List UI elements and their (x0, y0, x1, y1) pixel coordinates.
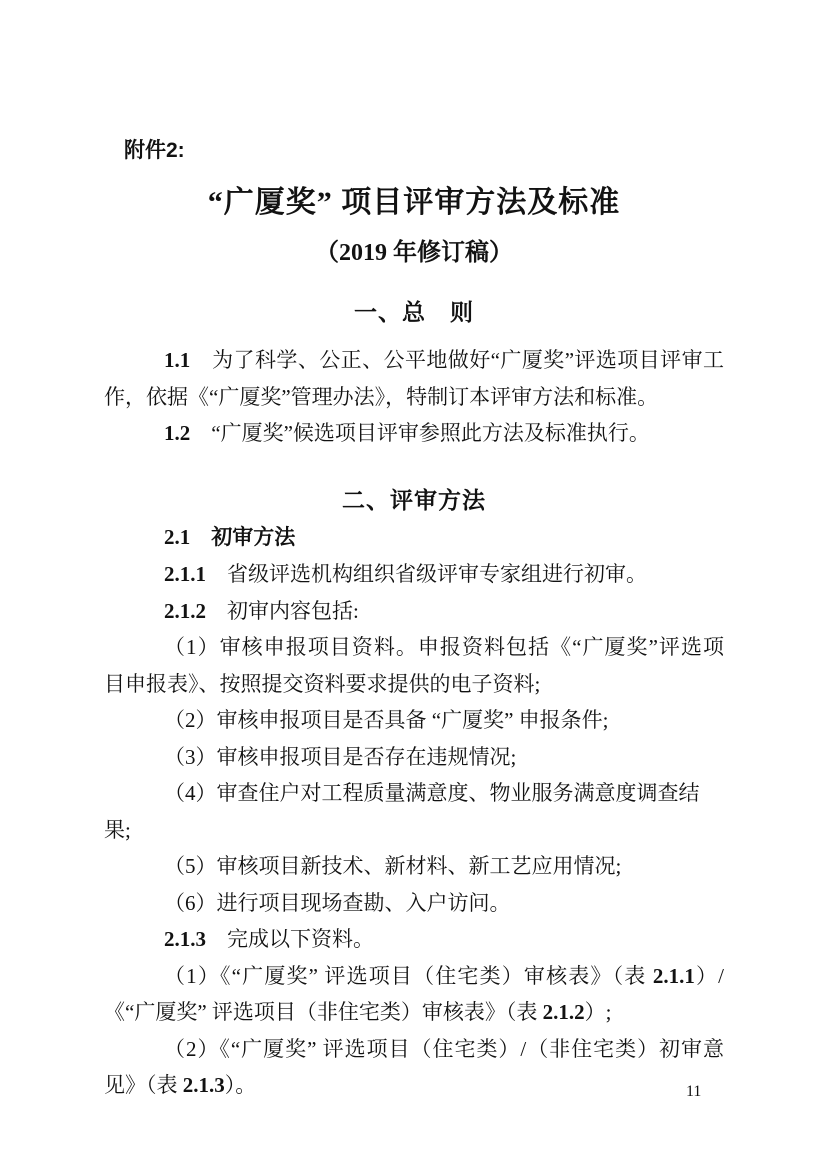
text-line: （1）《“广厦奖” 评选项目（住宅类）审核表》（表 2.1.1）/ (104, 958, 724, 995)
text-line: 见》（表 2.1.3）。 (104, 1067, 724, 1104)
text-line: （2）审核申报项目是否具备 “广厦奖” 申报条件; (104, 702, 724, 739)
text-segment: ）; (585, 1000, 612, 1024)
text-segment: “广厦奖”候选项目评审参照此方法及标准执行。 (190, 421, 650, 445)
paragraph: （1）《“广厦奖” 评选项目（住宅类）审核表》（表 2.1.1）/《“广厦奖” … (104, 958, 724, 1031)
clause-number: 2.1.3 (183, 1073, 225, 1097)
document-page: 附件2: “广厦奖” 项目评审方法及标准 （2019 年修订稿） 一、总 则1.… (0, 0, 827, 1170)
paragraph: （1）审核申报项目资料。申报资料包括《“广厦奖”评选项目申报表》、按照提交资料要… (104, 629, 724, 702)
paragraph: （4）审查住户对工程质量满意度、物业服务满意度调查结果; (104, 775, 724, 848)
document-subtitle: （2019 年修订稿） (104, 239, 724, 267)
text-line: 2.1.3 完成以下资料。 (104, 921, 724, 958)
text-segment: （5）审核项目新技术、新材料、新工艺应用情况; (164, 854, 621, 878)
text-segment: 为了科学、公正、公平地做好“广厦奖”评选项目评审工 (190, 348, 724, 372)
clause-number: 2.1.1 (653, 964, 695, 988)
paragraph: （2）审核申报项目是否具备 “广厦奖” 申报条件; (104, 702, 724, 739)
section-heading: 二、评审方法 (104, 487, 724, 514)
text-segment: 完成以下资料。 (206, 927, 374, 951)
text-line: （6）进行项目现场查勘、入户访问。 (104, 885, 724, 922)
paragraph: （5）审核项目新技术、新材料、新工艺应用情况; (104, 848, 724, 885)
text-segment: （6）进行项目现场查勘、入户访问。 (164, 891, 511, 915)
paragraph: 2.1.3 完成以下资料。 (104, 921, 724, 958)
text-segment: ）/ (695, 964, 724, 988)
document-content: 附件2: “广厦奖” 项目评审方法及标准 （2019 年修订稿） 一、总 则1.… (104, 0, 724, 1104)
paragraph: 1.1 为了科学、公正、公平地做好“广厦奖”评选项目评审工作，依据《“广厦奖”管… (104, 342, 724, 415)
paragraph: （3）审核申报项目是否存在违规情况; (104, 739, 724, 776)
clause-number: 2.1.1 (164, 562, 206, 586)
text-segment (190, 525, 211, 549)
clause-number: 2.1.2 (164, 599, 206, 623)
text-segment: （1）审核申报项目资料。申报资料包括《“广厦奖”评选项 (164, 635, 724, 659)
clause-number: 1.2 (164, 421, 190, 445)
text-line: 作，依据《“广厦奖”管理办法》，特制订本评审方法和标准。 (104, 379, 724, 416)
text-line: 2.1 初审方法 (104, 519, 724, 557)
text-segment: （3）审核申报项目是否存在违规情况; (164, 745, 516, 769)
clause-number: 初审方法 (211, 526, 295, 549)
text-line: （3）审核申报项目是否存在违规情况; (104, 739, 724, 776)
document-body: 一、总 则1.1 为了科学、公正、公平地做好“广厦奖”评选项目评审工作，依据《“… (104, 299, 724, 1104)
text-line: （2）《“广厦奖” 评选项目（住宅类）/（非住宅类）初审意 (104, 1031, 724, 1068)
text-line: 1.2 “广厦奖”候选项目评审参照此方法及标准执行。 (104, 415, 724, 452)
attachment-label: 附件2: (104, 138, 724, 164)
text-segment: 见》（表 (104, 1073, 183, 1097)
text-segment: 省级评选机构组织省级评审专家组进行初审。 (206, 562, 647, 586)
clause-number: 1.1 (164, 348, 190, 372)
text-segment: 目申报表》、按照提交资料要求提供的电子资料; (104, 672, 540, 696)
text-segment: （4）审查住户对工程质量满意度、物业服务满意度调查结果; (104, 781, 700, 842)
text-segment: （2）《“广厦奖” 评选项目（住宅类）/（非住宅类）初审意 (164, 1037, 724, 1061)
paragraph: 2.1.1 省级评选机构组织省级评审专家组进行初审。 (104, 556, 724, 593)
text-segment: 初审内容包括: (206, 599, 359, 623)
paragraph: （6）进行项目现场查勘、入户访问。 (104, 885, 724, 922)
paragraph: 2.1.2 初审内容包括: (104, 593, 724, 630)
paragraph: 1.2 “广厦奖”候选项目评审参照此方法及标准执行。 (104, 415, 724, 452)
text-line: （5）审核项目新技术、新材料、新工艺应用情况; (104, 848, 724, 885)
text-line: 目申报表》、按照提交资料要求提供的电子资料; (104, 666, 724, 703)
text-segment: （1）《“广厦奖” 评选项目（住宅类）审核表》（表 (164, 964, 653, 988)
document-title: “广厦奖” 项目评审方法及标准 (104, 186, 724, 220)
clause-number: 2.1.2 (543, 1000, 585, 1024)
text-line: 2.1.1 省级评选机构组织省级评审专家组进行初审。 (104, 556, 724, 593)
clause-number: 2.1.3 (164, 927, 206, 951)
paragraph: 2.1 初审方法 (104, 519, 724, 557)
text-line: 《“广厦奖” 评选项目（非住宅类）审核表》（表 2.1.2）; (104, 994, 724, 1031)
section-heading: 一、总 则 (104, 299, 724, 326)
page-number: 11 (686, 1082, 701, 1102)
text-line: （1）审核申报项目资料。申报资料包括《“广厦奖”评选项 (104, 629, 724, 666)
text-line: （4）审查住户对工程质量满意度、物业服务满意度调查结果; (104, 775, 724, 848)
paragraph: （2）《“广厦奖” 评选项目（住宅类）/（非住宅类）初审意见》（表 2.1.3）… (104, 1031, 724, 1104)
text-line: 2.1.2 初审内容包括: (104, 593, 724, 630)
text-segment: 《“广厦奖” 评选项目（非住宅类）审核表》（表 (104, 1000, 543, 1024)
text-segment: （2）审核申报项目是否具备 “广厦奖” 申报条件; (164, 708, 608, 732)
clause-number: 2.1 (164, 525, 190, 549)
text-segment: 作，依据《“广厦奖”管理办法》，特制订本评审方法和标准。 (104, 385, 658, 409)
text-line: 1.1 为了科学、公正、公平地做好“广厦奖”评选项目评审工 (104, 342, 724, 379)
text-segment: ）。 (225, 1073, 257, 1097)
